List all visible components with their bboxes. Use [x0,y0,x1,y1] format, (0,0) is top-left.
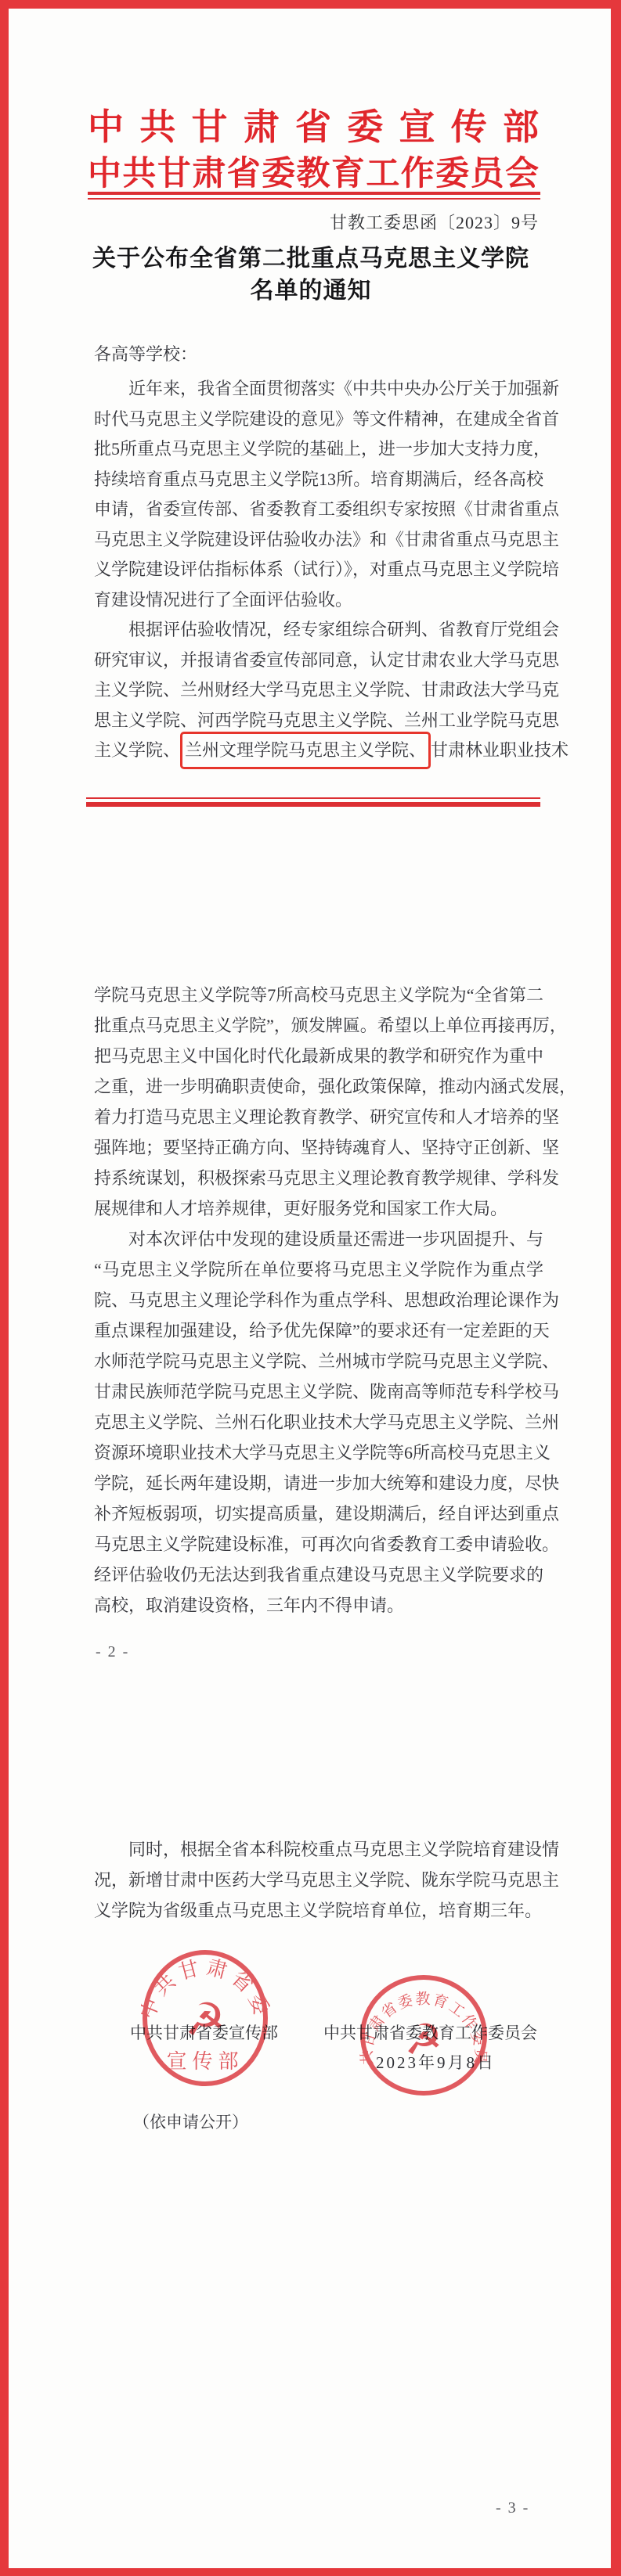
body-line: 高校，取消建设资格，三年内不得申请。 [94,1590,543,1621]
official-document-scan: 中共甘肃省委宣传部 中共甘肃省委教育工作委员会 甘教工委思函〔2023〕9号 关… [0,0,621,2576]
body-line: 批重点马克思主义学院”，颁发牌匾。希望以上单位再接再厉， [94,1010,543,1041]
body-line: 申请，省委宣传部、省委教育工委组织专家按照《甘肃省重点 [94,495,543,525]
body-line: 之重，进一步明确职责使命，强化政策保障，推动内涵式发展， [94,1071,543,1102]
frame-bottom-border [0,2568,621,2576]
body-line: 经评估验收仍无法达到我省重点建设马克思主义学院要求的 [94,1560,543,1590]
red-annotation-box: 兰州文理学院马克思主义学院、 [180,732,431,769]
body-line: “马克思主义学院所在单位要将马克思主义学院作为重点学 [94,1254,543,1285]
body-line: 着力打造马克思主义理论教育教学、研究宣传和人才培养的坚 [94,1102,543,1132]
body-line: 甘肃民族师范学院马克思主义学院、陇南高等师范专科学校马 [94,1376,543,1407]
body-line: 展规律和人才培养规律，更好服务党和国家工作大局。 [94,1193,543,1224]
disclosure-note: （依申请公开） [133,2110,248,2133]
body-line: 时代马克思主义学院建设的意见》等文件精神，在建成全省首 [94,405,543,435]
body-line: 水师范学院马克思主义学院、兰州城市学院马克思主义学院、 [94,1346,543,1376]
body-line: 育建设情况进行了全面评估验收。 [94,585,543,616]
page-number-3: - 3 - [496,2499,529,2517]
page-number-2: - 2 - [96,1643,129,1661]
seal-propaganda-dept: 中共甘肃省委 ☭ 宣传部 [141,1949,270,2088]
highlighted-line: 主义学院、兰州文理学院马克思主义学院、甘肃林业职业技术 [94,736,543,766]
page2-lines: 学院马克思主义学院等7所高校马克思主义学院为“全省第二批重点马克思主义学院”，颁… [94,980,543,1621]
body-line: 况，新增甘肃中医药大学马克思主义学院、陇东学院马克思主 [94,1865,543,1895]
frame-left-border [0,0,9,2576]
seal-bottom-text: 宣传部 [166,2050,244,2073]
page-break-line-thick [86,802,540,807]
page3-body: 同时，根据全省本科院校重点马克思主义学院培育建设情况，新增甘肃中医药大学马克思主… [94,1834,543,1926]
document-title-line2: 名单的通知 [78,275,543,307]
page-break-line-thin [86,797,540,799]
body-line: 对本次评估中发现的建设质量还需进一步巩固提升、与 [94,1224,543,1254]
body-line: 强阵地；要坚持正确方向、坚持铸魂育人、坚持守正创新、坚 [94,1132,543,1163]
body-line: 资源环境职业技术大学马克思主义学院等6所高校马克思主义 [94,1437,543,1468]
body-line: 持续培育重点马克思主义学院13所。培育期满后，经各高校 [94,465,543,495]
salutation: 各高等学校： [94,341,197,365]
body-line: 主义学院、兰州财经大学马克思主义学院、甘肃政法大学马克 [94,675,543,706]
body-line: 克思主义学院、兰州石化职业技术大学马克思主义学院、兰州 [94,1407,543,1437]
letterhead-org-line2: 中共甘肃省委教育工作委员会 [88,147,539,195]
letterhead-rule-thick [88,192,540,195]
body-line: 研究审议，并报请省委宣传部同意，认定甘肃农业大学马克思 [94,646,543,676]
body-line: 马克思主义学院建设评估验收办法》和《甘肃省重点马克思主 [94,525,543,556]
page2-body: 学院马克思主义学院等7所高校马克思主义学院为“全省第二批重点马克思主义学院”，颁… [94,980,543,1621]
document-title: 关于公布全省第二批重点马克思主义学院 名单的通知 [78,243,543,307]
body-line: 重点课程加强建设，给予优先保障”的要求还有一定差距的天 [94,1315,543,1346]
seal-arc-text: 中共甘肃省委 [141,1955,270,2022]
body-line: 同时，根据全省本科院校重点马克思主义学院培育建设情 [94,1834,543,1865]
signature-left-org: 中共甘肃省委宣传部 [130,2020,278,2044]
body-line: 义学院建设评估指标体系（试行）》，对重点马克思主义学院培 [94,555,543,585]
frame-right-border [611,0,621,2576]
body-line: 批5所重点马克思主义学院的基础上，进一步加大支持力度， [94,434,543,465]
body-line: 学院马克思主义学院等7所高校马克思主义学院为“全省第二 [94,980,543,1010]
frame-top-border [0,0,621,9]
highlight-pre-text: 主义学院、 [94,740,180,760]
signature-date: 2023年9月8日 [376,2050,496,2074]
highlight-post-text: 甘肃林业职业技术 [431,740,569,760]
body-line: 院、马克思主义理论学科作为重点学科、思想政治理论课作为 [94,1285,543,1315]
body-line: 补齐短板弱项，切实提高质量，建设期满后，经自评达到重点 [94,1498,543,1529]
page3-lines: 同时，根据全省本科院校重点马克思主义学院培育建设情况，新增甘肃中医药大学马克思主… [94,1834,543,1926]
document-number: 甘教工委思函〔2023〕9号 [298,210,539,234]
body-line: 马克思主义学院建设标准，可再次向省委教育工委申请验收。 [94,1529,543,1560]
body-line: 持系统谋划，积极探索马克思主义理论教育教学规律、学科发 [94,1163,543,1193]
body-line: 根据评估验收情况，经专家组综合研判、省教育厅党组会 [94,615,543,646]
body-line: 把马克思主义中国化时代化最新成果的教学和研究作为重中 [94,1041,543,1071]
signature-right-org: 中共甘肃省委教育工作委员会 [323,2020,537,2044]
body-line: 近年来，我省全面贯彻落实《中共中央办公厅关于加强新 [94,374,543,405]
letterhead-org-line1: 中共甘肃省委宣传部 [88,99,539,150]
document-title-line1: 关于公布全省第二批重点马克思主义学院 [78,243,543,275]
body-line: 学院，延长两年建设期，请进一步加大统筹和建设力度，尽快 [94,1468,543,1498]
letterhead-rule-thin [88,198,540,200]
page1-body: 近年来，我省全面贯彻落实《中共中央办公厅关于加强新时代马克思主义学院建设的意见》… [94,374,543,766]
body-line: 义学院为省级重点马克思主义学院培育单位，培育期三年。 [94,1895,543,1926]
seal-ring [145,1952,265,2084]
page1-lines: 近年来，我省全面贯彻落实《中共中央办公厅关于加强新时代马克思主义学院建设的意见》… [94,374,543,736]
